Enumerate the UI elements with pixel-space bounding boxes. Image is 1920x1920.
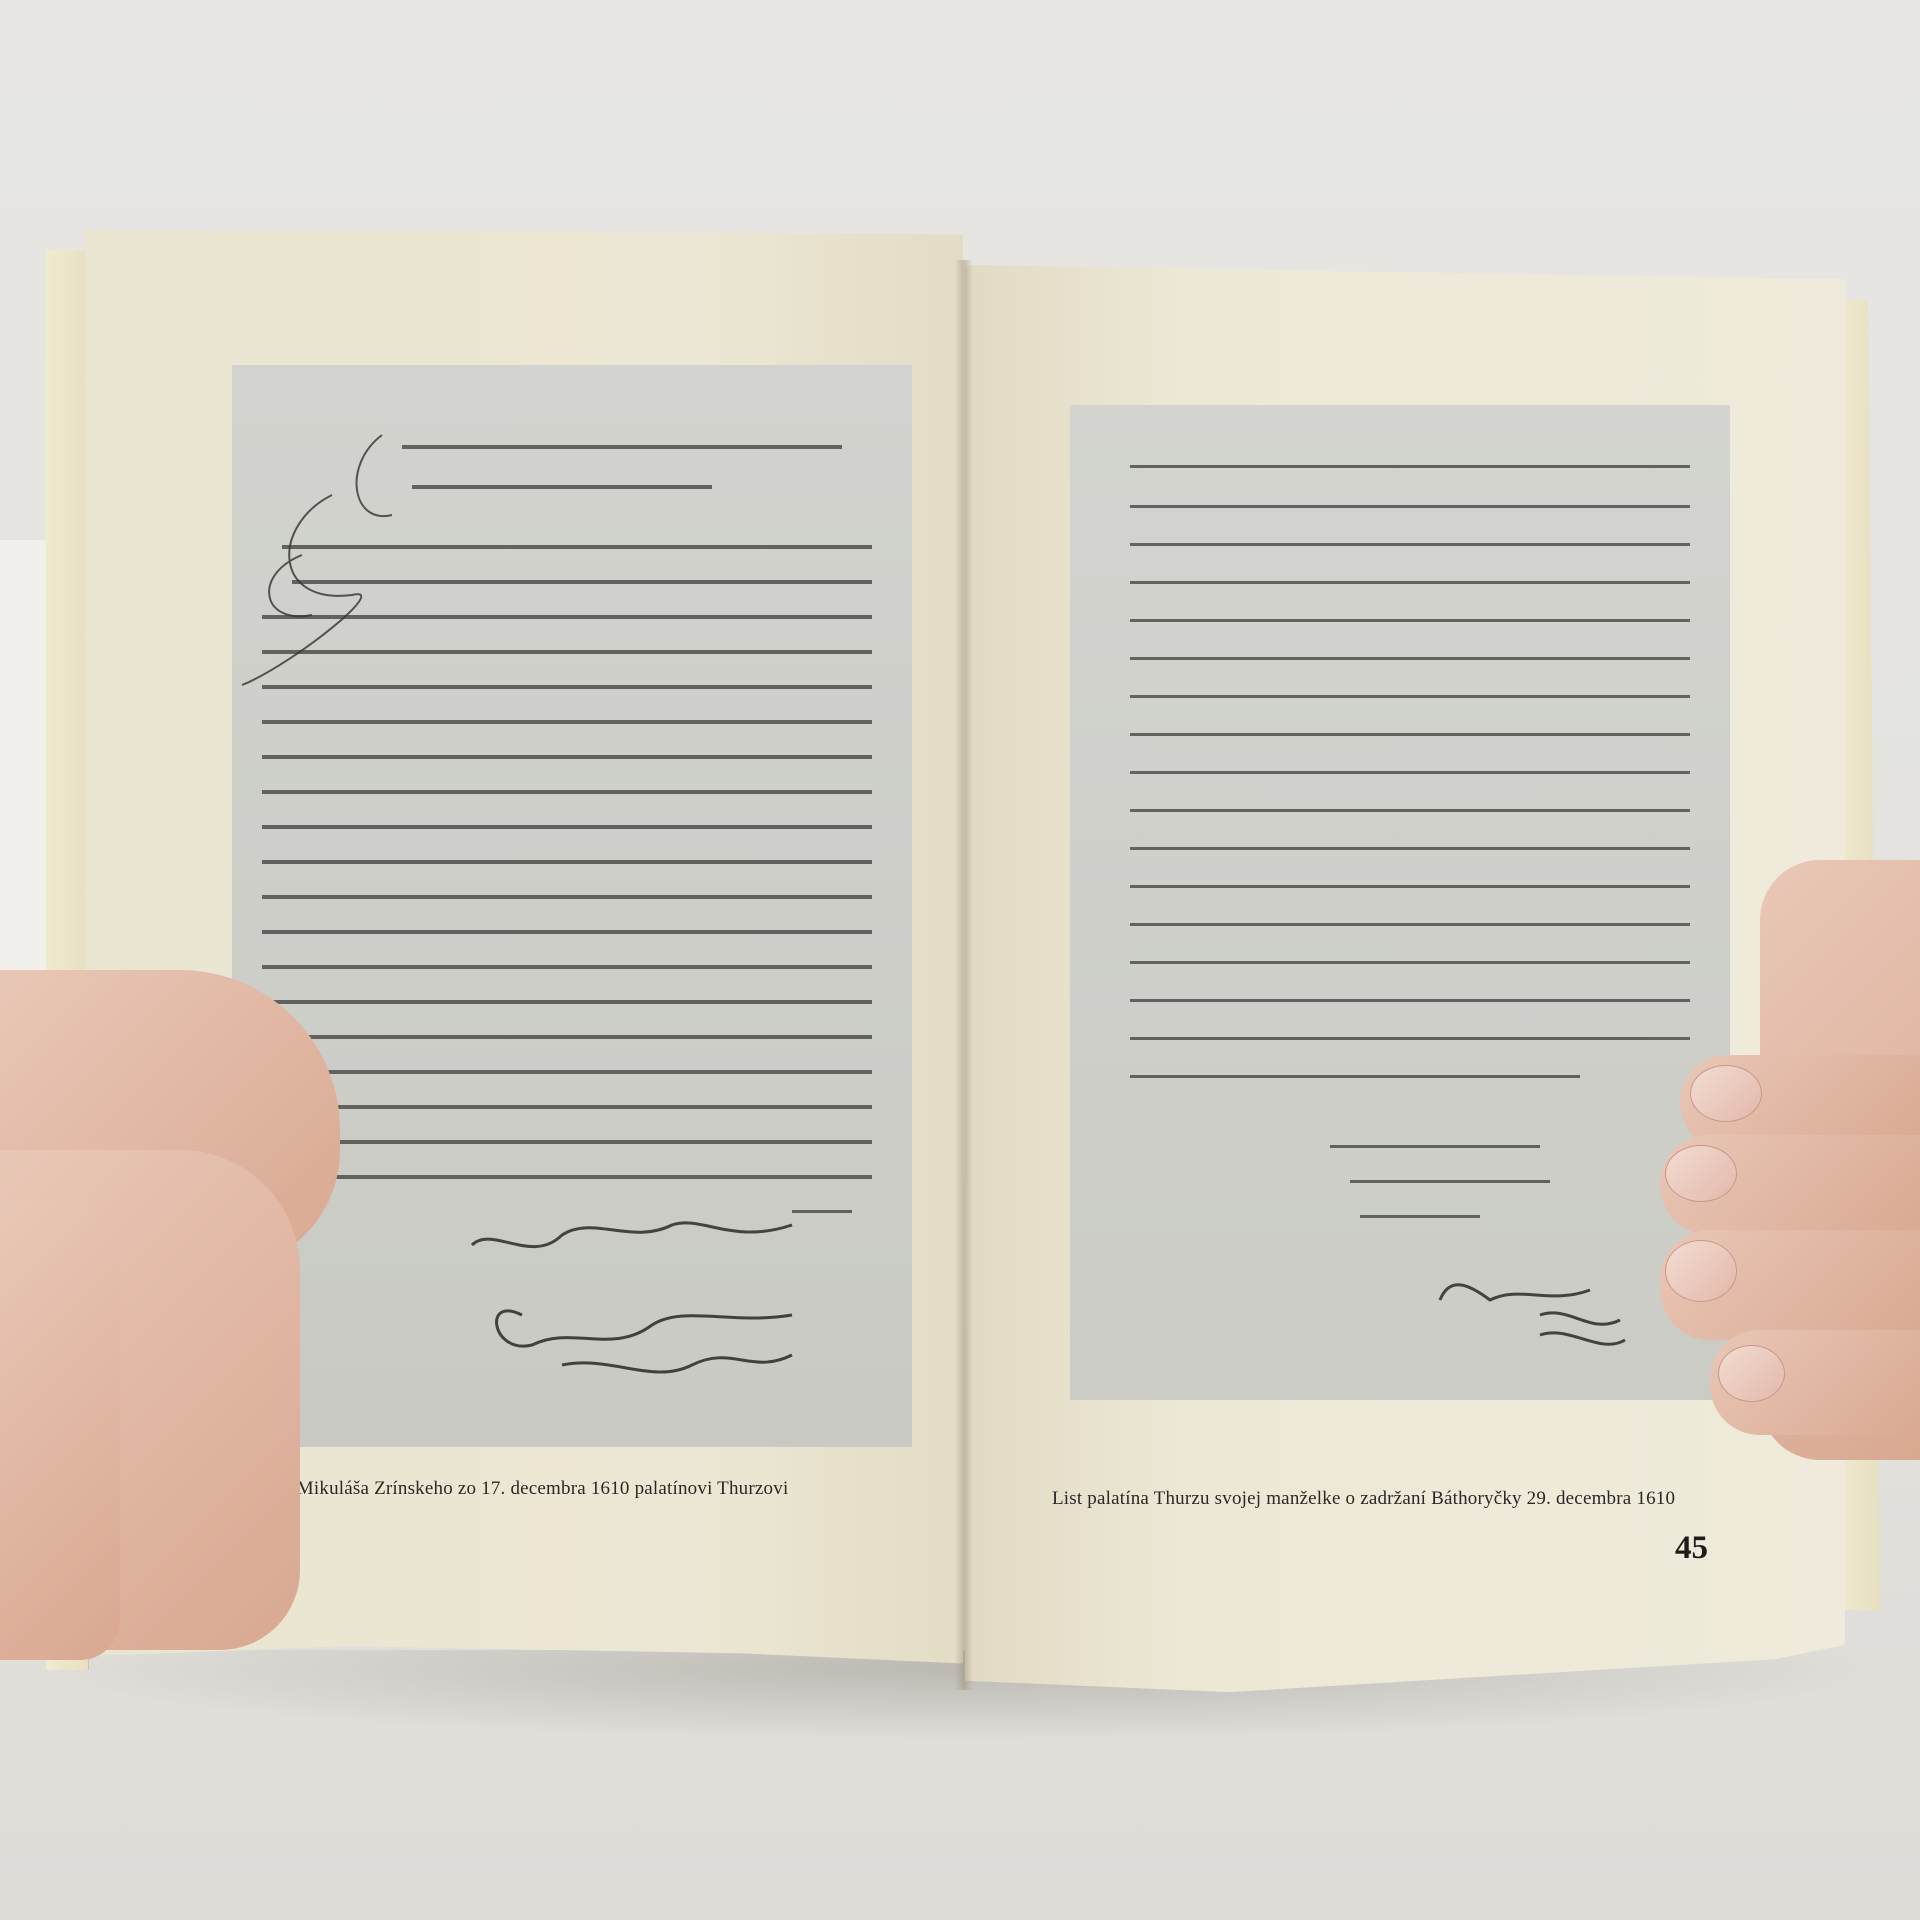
left-handwriting-illustration: [232, 365, 912, 1447]
right-page-number: 45: [1675, 1530, 1708, 1567]
right-handwriting-illustration: [1070, 405, 1730, 1400]
right-signature: [1440, 1285, 1625, 1345]
right-letter-facsimile: [1070, 405, 1730, 1400]
left-handwriting-lines: [262, 445, 872, 1213]
fingernail: [1690, 1065, 1762, 1122]
book-spine-gutter: [955, 260, 973, 1690]
right-page-caption: List palatína Thurzu svojej manželke o z…: [1052, 1488, 1675, 1510]
fingernail: [1665, 1240, 1737, 1302]
right-handwriting-lines: [1130, 465, 1690, 1218]
left-signature: [472, 1223, 792, 1372]
fingernail: [1665, 1145, 1737, 1202]
left-letter-facsimile: [232, 365, 912, 1447]
fingernail: [1718, 1345, 1785, 1402]
